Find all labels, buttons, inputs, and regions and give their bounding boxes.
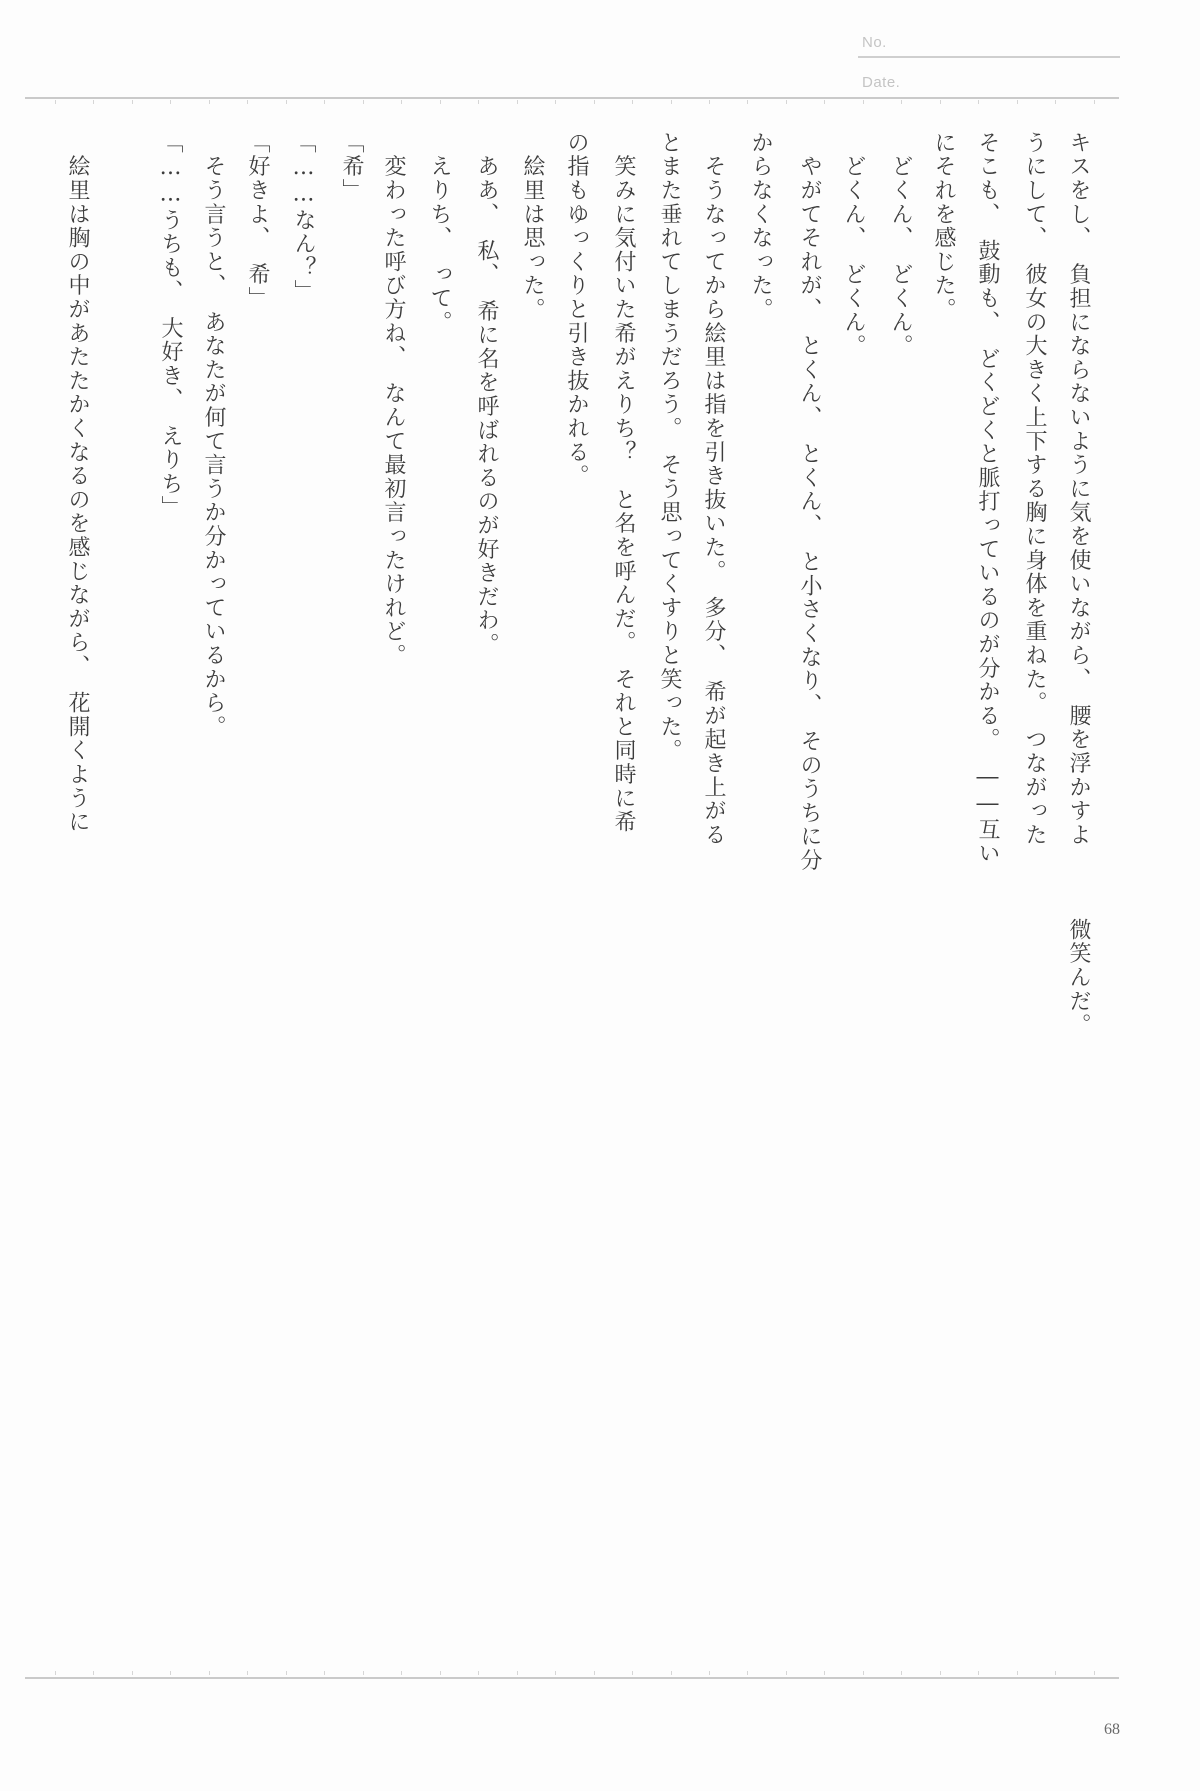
text-column-20: そう言うと、 あなたが何て言うか分かっているから。 <box>199 131 227 739</box>
text-column-18: 「……なん？」 <box>289 131 317 304</box>
text-column-1: キスをし、 負担にならないように気を使いながら、 腰を浮かすよ <box>1064 131 1092 847</box>
text-column-15: えりち、 って。 <box>425 131 453 334</box>
no-label: No. <box>862 34 887 51</box>
top-rule-ticks <box>55 100 1095 106</box>
text-column-4: にそれを感じた。 <box>929 131 957 321</box>
text-column-19: 「好きよ、 希」 <box>243 131 271 310</box>
text-column-13: 絵里は思った。 <box>518 131 546 321</box>
no-field-line <box>858 56 1120 58</box>
page-number: 68 <box>1104 1721 1120 1739</box>
text-column-5: どくん、 どくん。 <box>886 131 914 358</box>
text-column-3: そこも、 鼓動も、 どくどくと脈打っているのが分かる。 ――互い <box>973 131 1001 866</box>
text-column-2: うにして、 彼女の大きく上下する胸に身体を重ねた。 つながった <box>1020 131 1048 847</box>
text-column-lower: 微笑んだ。 <box>1064 918 1092 1037</box>
text-column-10: とまた垂れてしまうだろう。 そう思ってくすりと笑った。 <box>655 131 683 763</box>
text-column-9: そうなってから絵里は指を引き抜いた。 多分、 希が起き上がる <box>699 131 727 847</box>
top-rule <box>25 97 1119 99</box>
text-column-6: どくん、 どくん。 <box>839 131 867 358</box>
notebook-page: No. Date. キスをし、 負担にならないように気を使いながら、 腰を浮かす… <box>0 0 1200 1791</box>
text-column-11: 笑みに気付いた希がえりち？ と名を呼んだ。 それと同時に希 <box>609 131 637 834</box>
bottom-rule <box>25 1677 1119 1679</box>
text-column-16: 変わった呼び方ね、 なんて最初言ったけれど。 <box>379 131 407 667</box>
text-column-17: 「希」 <box>337 131 365 202</box>
text-column-23: 絵里は胸の中があたたかくなるのを感じながら、 花開くように <box>63 131 91 834</box>
text-column-8: からなくなった。 <box>746 131 774 321</box>
text-column-14: ああ、 私、 希に名を呼ばれるのが好きだわ。 <box>472 131 500 656</box>
text-column-7: やがてそれが、 とくん、 とくん、 と小さくなり、 そのうちに分 <box>795 131 823 872</box>
date-label: Date. <box>862 74 900 91</box>
text-column-12: の指もゆっくりと引き抜かれる。 <box>562 131 590 488</box>
text-column-21: 「……うちも、 大好き、 えりち」 <box>156 131 184 520</box>
